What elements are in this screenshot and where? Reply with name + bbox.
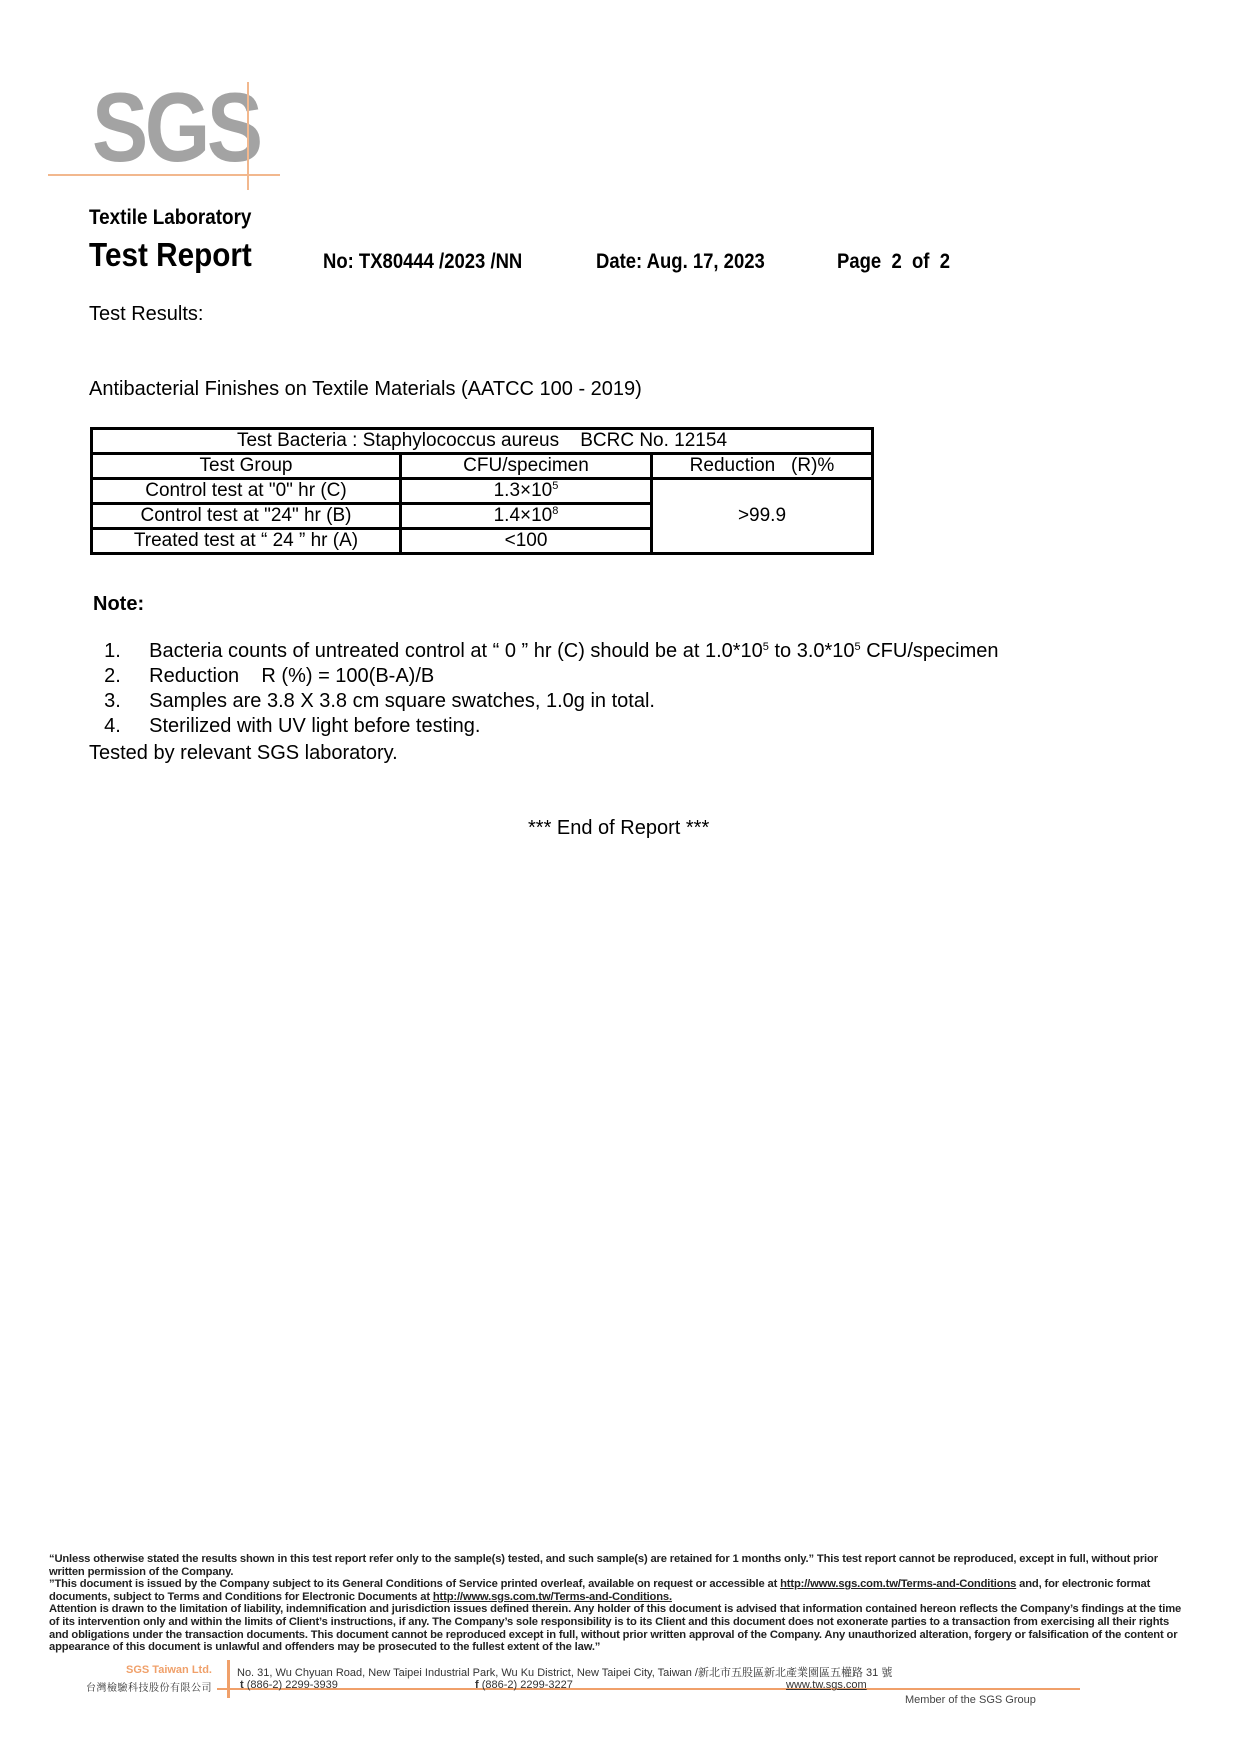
cfu-cell: 1.4×108	[401, 504, 652, 529]
cfu-cell: <100	[401, 529, 652, 554]
group-cell: Treated test at “ 24 ” hr (A)	[92, 529, 401, 554]
table-title: Test Bacteria : Staphylococcus aureus BC…	[92, 429, 873, 454]
note-title: Note:	[93, 593, 144, 616]
logo-horizontal-line	[48, 174, 280, 176]
test-method: Antibacterial Finishes on Textile Materi…	[89, 378, 642, 401]
sgs-logo: SGS	[92, 78, 260, 176]
company-name: SGS Taiwan Ltd.	[112, 1664, 212, 1676]
website-link[interactable]: www.tw.sgs.com	[786, 1679, 867, 1691]
telephone: t (886-2) 2299-3939	[240, 1679, 338, 1691]
section-label: Test Results:	[89, 303, 203, 326]
footer-horizontal-line	[217, 1688, 1080, 1690]
group-cell: Control test at "0" hr (C)	[92, 479, 401, 504]
report-title: Test Report	[89, 236, 252, 274]
table-row: Control test at "0" hr (C) 1.3×105 >99.9	[92, 479, 873, 504]
member-text: Member of the SGS Group	[905, 1694, 1036, 1706]
legal-disclaimer: “Unless otherwise stated the results sho…	[49, 1553, 1189, 1654]
end-of-report: *** End of Report ***	[528, 817, 709, 840]
lab-name: Textile Laboratory	[89, 206, 251, 230]
group-cell: Control test at "24" hr (B)	[92, 504, 401, 529]
header-reduction: Reduction (R)%	[652, 454, 873, 479]
logo-vertical-line	[247, 82, 249, 190]
note-item: 4.Sterilized with UV light before testin…	[93, 692, 480, 738]
company-name-chinese: 台灣檢驗科技股份有限公司	[70, 1679, 212, 1694]
tested-by: Tested by relevant SGS laboratory.	[89, 742, 398, 765]
company-address: No. 31, Wu Chyuan Road, New Taipei Indus…	[237, 1664, 892, 1680]
table-header-row: Test Group CFU/specimen Reduction (R)%	[92, 454, 873, 479]
reduction-cell: >99.9	[652, 479, 873, 554]
report-number: No: TX80444 /2023 /NN	[323, 250, 522, 274]
page-number: Page 2 of 2	[837, 250, 950, 274]
electronic-terms-link[interactable]: http://www.sgs.com.tw/Terms-and-Conditio…	[433, 1591, 672, 1603]
header-cfu: CFU/specimen	[401, 454, 652, 479]
fax: f (886-2) 2299-3227	[475, 1679, 573, 1691]
footer-vertical-line	[227, 1660, 230, 1698]
terms-link[interactable]: http://www.sgs.com.tw/Terms-and-Conditio…	[780, 1578, 1016, 1590]
report-date: Date: Aug. 17, 2023	[596, 250, 765, 274]
cfu-cell: 1.3×105	[401, 479, 652, 504]
results-table: Test Bacteria : Staphylococcus aureus BC…	[90, 427, 874, 555]
header-test-group: Test Group	[92, 454, 401, 479]
table-title-row: Test Bacteria : Staphylococcus aureus BC…	[92, 429, 873, 454]
